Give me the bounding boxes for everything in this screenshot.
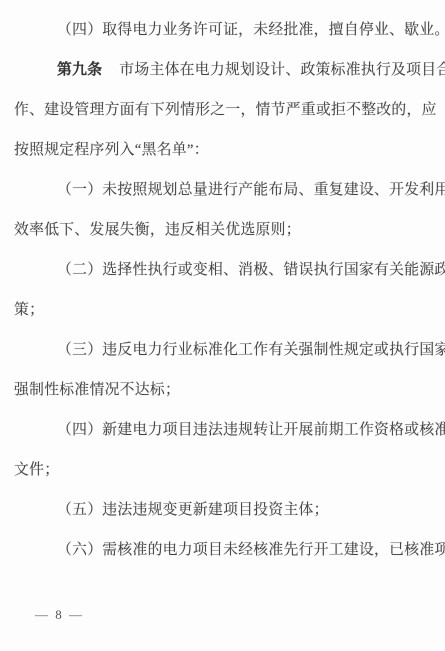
- document-body: （四）取得电力业务许可证，未经批准，擅自停业、歇业。 第九条市场主体在电力规划设…: [14, 10, 431, 570]
- doc-line-1: （四）取得电力业务许可证，未经批准，擅自停业、歇业。: [14, 10, 431, 50]
- line-text: （五）违法违规变更新建项目投资主体；: [57, 502, 329, 518]
- line-text: 强制性标准情况不达标；: [14, 382, 180, 398]
- doc-line-11-item-4: （四）新建电力项目违法违规转让开展前期工作资格或核准: [14, 410, 431, 450]
- line-text: （四）新建电力项目违法违规转让开展前期工作资格或核准: [57, 422, 445, 438]
- line-text: （四）取得电力业务许可证，未经批准，擅自停业、歇业。: [57, 22, 445, 38]
- page-number: — 8 —: [35, 601, 84, 629]
- line-text: 按照规定程序列入“黑名单”：: [14, 142, 209, 158]
- doc-line-6: 效率低下、发展失衡，违反相关优选原则；: [14, 210, 431, 250]
- doc-line-5-item-1: （一）未按照规划总量进行产能布局、重复建设、开发利用: [14, 170, 431, 210]
- doc-line-3: 作、建设管理方面有下列情形之一，情节严重或拒不整改的，应: [14, 90, 431, 130]
- line-text: 效率低下、发展失衡，违反相关优选原则；: [14, 222, 301, 238]
- line-text: 策；: [14, 302, 44, 318]
- doc-line-4: 按照规定程序列入“黑名单”：: [14, 130, 431, 170]
- line-text: 作、建设管理方面有下列情形之一，情节严重或拒不整改的，应: [14, 102, 437, 118]
- doc-line-9-item-3: （三）违反电力行业标准化工作有关强制性规定或执行国家: [14, 330, 431, 370]
- line-text: （二）选择性执行或变相、消极、错误执行国家有关能源政: [57, 262, 445, 278]
- doc-line-14-item-6: （六）需核准的电力项目未经核准先行开工建设，已核准项: [14, 530, 431, 570]
- line-text: （三）违反电力行业标准化工作有关强制性规定或执行国家: [57, 342, 445, 358]
- doc-line-13-item-5: （五）违法违规变更新建项目投资主体；: [14, 490, 431, 530]
- line-text: 文件；: [14, 462, 59, 478]
- doc-line-8: 策；: [14, 290, 431, 330]
- article-number: 第九条: [57, 62, 102, 78]
- line-text: （一）未按照规划总量进行产能布局、重复建设、开发利用: [57, 182, 445, 198]
- doc-line-2-article-9-heading: 第九条市场主体在电力规划设计、政策标准执行及项目合: [14, 50, 431, 90]
- doc-line-12: 文件；: [14, 450, 431, 490]
- line-text: （六）需核准的电力项目未经核准先行开工建设，已核准项: [57, 542, 445, 558]
- doc-line-7-item-2: （二）选择性执行或变相、消极、错误执行国家有关能源政: [14, 250, 431, 290]
- document-page: （四）取得电力业务许可证，未经批准，擅自停业、歇业。 第九条市场主体在电力规划设…: [0, 0, 445, 651]
- doc-line-10: 强制性标准情况不达标；: [14, 370, 431, 410]
- line-text: 市场主体在电力规划设计、政策标准执行及项目合: [119, 62, 445, 78]
